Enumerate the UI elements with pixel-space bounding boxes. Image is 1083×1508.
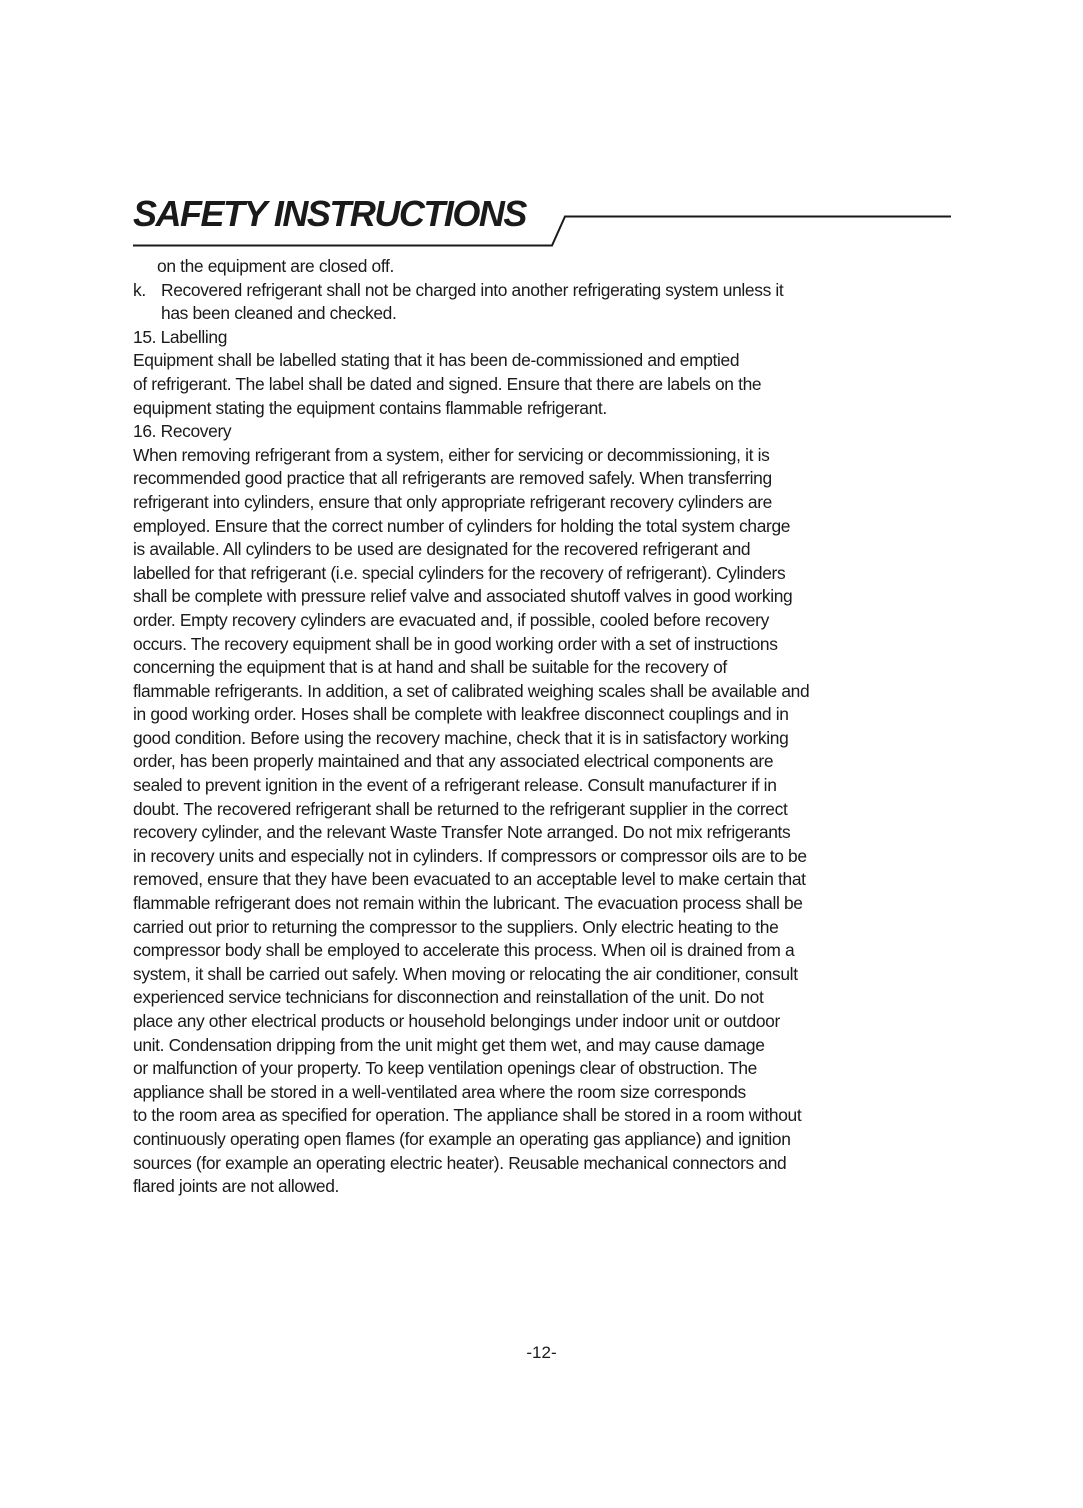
text-line: is available. All cylinders to be used a… (133, 538, 963, 562)
text-line: carried out prior to returning the compr… (133, 916, 963, 940)
section-heading-labelling: 15. Labelling (133, 326, 963, 350)
page-number: -12- (0, 1343, 1083, 1363)
text-line: When removing refrigerant from a system,… (133, 444, 963, 468)
list-item-k: k. Recovered refrigerant shall not be ch… (133, 279, 963, 326)
text-line: shall be complete with pressure relief v… (133, 585, 963, 609)
text-line: place any other electrical products or h… (133, 1010, 963, 1034)
text-line: employed. Ensure that the correct number… (133, 515, 963, 539)
text-line: equipment stating the equipment contains… (133, 397, 963, 421)
text-line: refrigerant into cylinders, ensure that … (133, 491, 963, 515)
text-line: experienced service technicians for disc… (133, 986, 963, 1010)
text-line: order. Empty recovery cylinders are evac… (133, 609, 963, 633)
text-line: occurs. The recovery equipment shall be … (133, 633, 963, 657)
text-line: has been cleaned and checked. (161, 302, 783, 326)
text-line: flammable refrigerant does not remain wi… (133, 892, 963, 916)
text-line: recovery cylinder, and the relevant Wast… (133, 821, 963, 845)
text-line: labelled for that refrigerant (i.e. spec… (133, 562, 963, 586)
text-line: Equipment shall be labelled stating that… (133, 349, 963, 373)
text-line: continuously operating open flames (for … (133, 1128, 963, 1152)
text-line: good condition. Before using the recover… (133, 727, 963, 751)
text-line: recommended good practice that all refri… (133, 467, 963, 491)
text-line: of refrigerant. The label shall be dated… (133, 373, 963, 397)
text-line: Recovered refrigerant shall not be charg… (161, 279, 783, 303)
text-line: concerning the equipment that is at hand… (133, 656, 963, 680)
text-line: flared joints are not allowed. (133, 1175, 963, 1199)
list-marker: k. (133, 279, 161, 326)
section-heading-recovery: 16. Recovery (133, 420, 963, 444)
text-line: flammable refrigerants. In addition, a s… (133, 680, 963, 704)
text-line: unit. Condensation dripping from the uni… (133, 1034, 963, 1058)
continuation-line: on the equipment are closed off. (133, 255, 963, 279)
paragraph-labelling: Equipment shall be labelled stating that… (133, 349, 963, 420)
text-line: system, it shall be carried out safely. … (133, 963, 963, 987)
text-line: or malfunction of your property. To keep… (133, 1057, 963, 1081)
text-line: order, has been properly maintained and … (133, 750, 963, 774)
header-rule-line (0, 0, 1083, 260)
text-line: appliance shall be stored in a well-vent… (133, 1081, 963, 1105)
page-header: SAFETY INSTRUCTIONS (0, 0, 1083, 260)
text-line: to the room area as specified for operat… (133, 1104, 963, 1128)
text-line: doubt. The recovered refrigerant shall b… (133, 798, 963, 822)
text-line: in recovery units and especially not in … (133, 845, 963, 869)
document-body: on the equipment are closed off. k. Reco… (133, 255, 963, 1199)
text-line: sealed to prevent ignition in the event … (133, 774, 963, 798)
paragraph-recovery: When removing refrigerant from a system,… (133, 444, 963, 1199)
text-line: removed, ensure that they have been evac… (133, 868, 963, 892)
text-line: compressor body shall be employed to acc… (133, 939, 963, 963)
text-line: in good working order. Hoses shall be co… (133, 703, 963, 727)
text-line: sources (for example an operating electr… (133, 1152, 963, 1176)
